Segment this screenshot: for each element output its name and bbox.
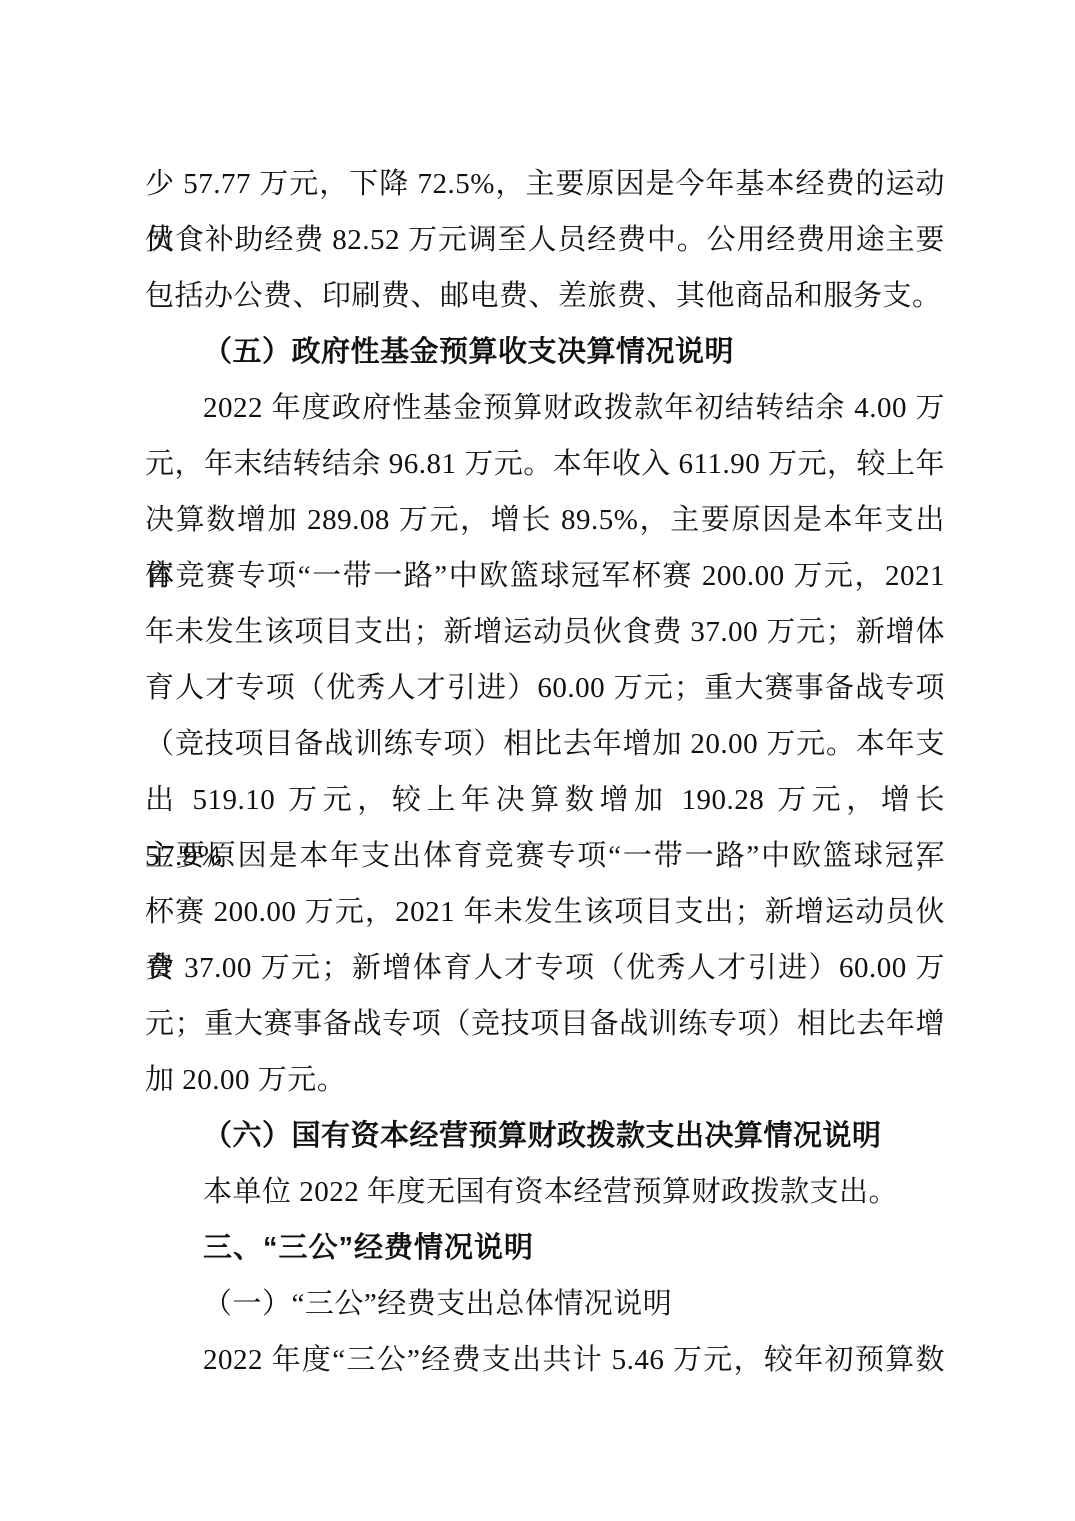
body-line: 主要原因是本年支出体育竞赛专项“一带一路”中欧篮球冠军 xyxy=(145,828,945,884)
body-line: 杯赛 200.00 万元，2021 年未发生该项目支出；新增运动员伙食 xyxy=(145,884,945,940)
body-line: 费 37.00 万元；新增体育人才专项（优秀人才引进）60.00 万 xyxy=(145,940,945,996)
document-content: 少 57.77 万元，下降 72.5%，主要原因是今年基本经费的运动员伙食补助经… xyxy=(145,156,945,1388)
body-line: 2022 年度“三公”经费支出共计 5.46 万元，较年初预算数 xyxy=(145,1332,945,1388)
body-line: 包括办公费、印刷费、邮电费、差旅费、其他商品和服务支。 xyxy=(145,268,945,324)
document-page: 少 57.77 万元，下降 72.5%，主要原因是今年基本经费的运动员伙食补助经… xyxy=(0,0,1075,1521)
body-line: 2022 年度政府性基金预算财政拨款年初结转结余 4.00 万 xyxy=(145,380,945,436)
body-line: 出 519.10 万元，较上年决算数增加 190.28 万元，增长 57.9%， xyxy=(145,772,945,828)
body-line: 年未发生该项目支出；新增运动员伙食费 37.00 万元；新增体 xyxy=(145,604,945,660)
body-line: 育人才专项（优秀人才引进）60.00 万元；重大赛事备战专项 xyxy=(145,660,945,716)
heading-section-6: （六）国有资本经营预算财政拨款支出决算情况说明 xyxy=(145,1108,945,1164)
body-line: 伙食补助经费 82.52 万元调至人员经费中。公用经费用途主要 xyxy=(145,212,945,268)
heading-part-3: 三、“三公”经费情况说明 xyxy=(145,1220,945,1276)
heading-section-5: （五）政府性基金预算收支决算情况说明 xyxy=(145,324,945,380)
body-line: （竞技项目备战训练专项）相比去年增加 20.00 万元。本年支 xyxy=(145,716,945,772)
body-line: 本单位 2022 年度无国有资本经营预算财政拨款支出。 xyxy=(145,1164,945,1220)
body-line: 加 20.00 万元。 xyxy=(145,1052,945,1108)
body-line: 决算数增加 289.08 万元，增长 89.5%，主要原因是本年支出体 xyxy=(145,492,945,548)
body-line: 少 57.77 万元，下降 72.5%，主要原因是今年基本经费的运动员 xyxy=(145,156,945,212)
body-line: 元，年末结转结余 96.81 万元。本年收入 611.90 万元，较上年 xyxy=(145,436,945,492)
body-line: 育竞赛专项“一带一路”中欧篮球冠军杯赛 200.00 万元，2021 xyxy=(145,548,945,604)
heading-section-1: （一）“三公”经费支出总体情况说明 xyxy=(145,1276,945,1332)
body-line: 元；重大赛事备战专项（竞技项目备战训练专项）相比去年增 xyxy=(145,996,945,1052)
